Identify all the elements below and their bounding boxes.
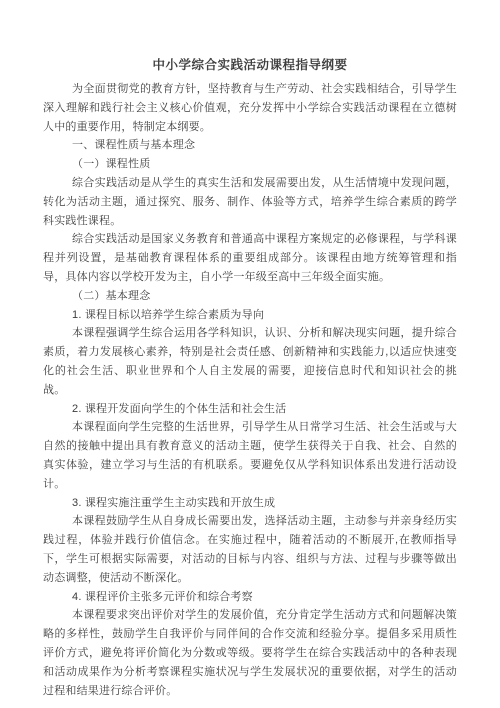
- section-heading: 3. 课程实施注重学生主动实践和开放生成: [43, 494, 457, 513]
- section-heading: （一）课程性质: [43, 155, 457, 174]
- document-page: 中小学综合实践活动课程指导纲要 为全面贯彻党的教育方针，坚持教育与生产劳动、社会…: [0, 0, 500, 708]
- body-paragraph: 为全面贯彻党的教育方针，坚持教育与生产劳动、社会实践相结合，引导学生深入理解和践…: [43, 80, 457, 136]
- section-heading: 4. 课程评价主张多元评价和综合考察: [43, 588, 457, 607]
- body-paragraph: 本课程强调学生综合运用各学科知识，认识、分析和解决现实问题，提升综合素质，着力发…: [43, 324, 457, 399]
- document-body: 为全面贯彻党的教育方针，坚持教育与生产劳动、社会实践相结合，引导学生深入理解和践…: [43, 80, 457, 700]
- section-heading: 1. 课程目标以培养学生综合素质为导向: [43, 306, 457, 325]
- body-paragraph: 本课程面向学生完整的生活世界，引导学生从日常学习生活、社会生活或与大自然的接触中…: [43, 418, 457, 493]
- section-heading: 一、课程性质与基本理念: [43, 136, 457, 155]
- body-paragraph: 本课程要求突出评价对学生的发展价值，充分肯定学生活动方式和问题解决策略的多样性，…: [43, 606, 457, 700]
- document-content: 中小学综合实践活动课程指导纲要 为全面贯彻党的教育方针，坚持教育与生产劳动、社会…: [43, 56, 457, 700]
- page-title: 中小学综合实践活动课程指导纲要: [43, 56, 457, 75]
- body-paragraph: 综合实践活动是从学生的真实生活和发展需要出发，从生活情境中发现问题，转化为活动主…: [43, 174, 457, 230]
- body-paragraph: 本课程鼓励学生从自身成长需要出发，选择活动主题，主动参与并亲身经历实践过程，体验…: [43, 512, 457, 587]
- body-paragraph: 综合实践活动是国家义务教育和普通高中课程方案规定的必修课程，与学科课程并列设置，…: [43, 230, 457, 286]
- section-heading: 2. 课程开发面向学生的个体生活和社会生活: [43, 400, 457, 419]
- section-heading: （二）基本理念: [43, 287, 457, 306]
